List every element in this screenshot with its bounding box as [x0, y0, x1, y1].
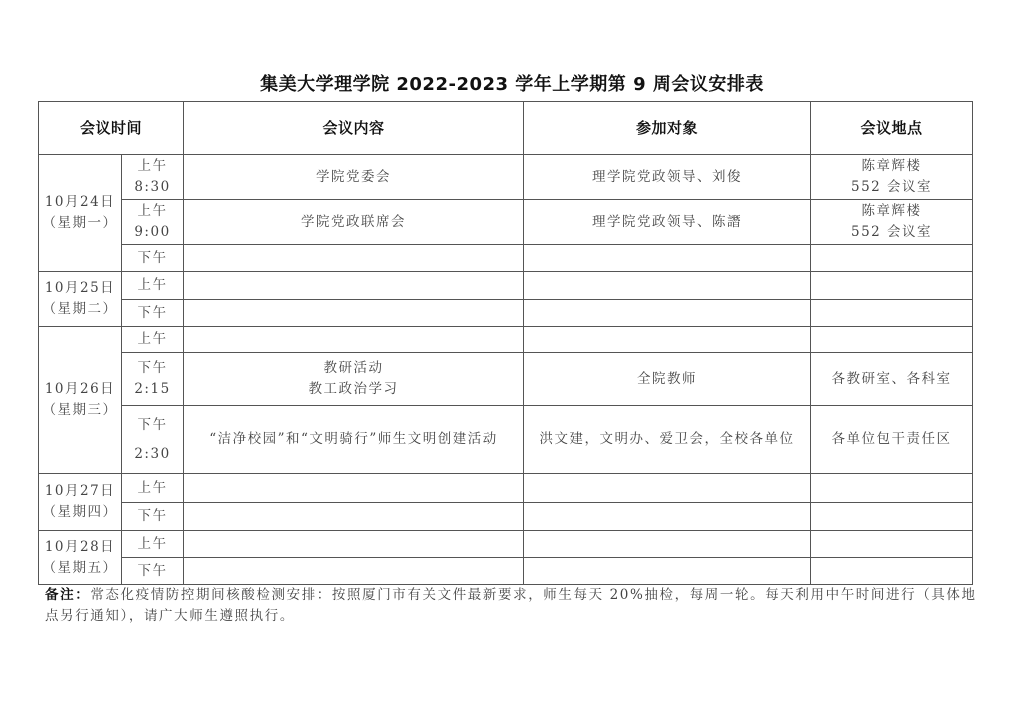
content-cell [184, 300, 524, 327]
table-row: 下午 [39, 300, 973, 327]
location-cell: 陈章辉楼552 会议室 [811, 155, 973, 200]
participants-cell [524, 558, 811, 585]
participants-cell: 全院教师 [524, 353, 811, 406]
content-cell: 教研活动教工政治学习 [184, 353, 524, 406]
time-slot: 上午8:30 [122, 155, 184, 200]
participants-cell [524, 531, 811, 558]
content-cell [184, 503, 524, 531]
participants-cell [524, 245, 811, 272]
location-cell [811, 327, 973, 353]
time-slot: 下午 [122, 558, 184, 585]
period: 上午 [122, 201, 183, 222]
weekday: （星期二） [39, 299, 121, 320]
time-slot: 下午2:15 [122, 353, 184, 406]
time: 8:30 [122, 177, 183, 198]
date-cell: 10月26日 （星期三） [39, 327, 122, 474]
content-cell [184, 272, 524, 300]
participants-cell: 理学院党政领导、陈譖 [524, 200, 811, 245]
date: 10月24日 [39, 192, 121, 213]
table-row: 上午9:00 学院党政联席会 理学院党政领导、陈譖 陈章辉楼552 会议室 [39, 200, 973, 245]
time-slot: 上午9:00 [122, 200, 184, 245]
content-line1: 教研活动 [184, 358, 523, 379]
time-slot: 下午2:30 [122, 406, 184, 474]
table-row: 10月27日 （星期四） 上午 [39, 474, 973, 503]
date: 10月25日 [39, 278, 121, 299]
header-participants: 参加对象 [524, 102, 811, 155]
location-cell: 各单位包干责任区 [811, 406, 973, 474]
location-cell [811, 272, 973, 300]
content-cell: 学院党委会 [184, 155, 524, 200]
period: 上午 [122, 156, 183, 177]
content-cell: “洁净校园”和“文明骑行”师生文明创建活动 [184, 406, 524, 474]
location-line1: 陈章辉楼 [811, 201, 972, 222]
table-row: 下午2:15 教研活动教工政治学习 全院教师 各教研室、各科室 [39, 353, 973, 406]
date-cell: 10月25日 （星期二） [39, 272, 122, 327]
table-row: 下午 [39, 245, 973, 272]
time-slot: 上午 [122, 327, 184, 353]
period: 下午 [122, 415, 183, 436]
participants-cell [524, 474, 811, 503]
table-row: 下午2:30 “洁净校园”和“文明骑行”师生文明创建活动 洪文建，文明办、爱卫会… [39, 406, 973, 474]
schedule-table: 会议时间 会议内容 参加对象 会议地点 10月24日 （星期一） 上午8:30 … [38, 101, 973, 585]
participants-cell [524, 272, 811, 300]
content-cell [184, 531, 524, 558]
content-cell [184, 558, 524, 585]
date-cell: 10月28日 （星期五） [39, 531, 122, 585]
participants-cell [524, 503, 811, 531]
location-cell [811, 474, 973, 503]
content-cell [184, 474, 524, 503]
time: 2:15 [122, 379, 183, 400]
location-cell [811, 300, 973, 327]
weekday: （星期四） [39, 502, 121, 523]
time-slot: 下午 [122, 245, 184, 272]
weekday: （星期三） [39, 400, 121, 421]
content-cell [184, 245, 524, 272]
weekday: （星期一） [39, 213, 121, 234]
participants-cell [524, 327, 811, 353]
location-line1: 陈章辉楼 [811, 156, 972, 177]
time-slot: 上午 [122, 531, 184, 558]
content-cell: 学院党政联席会 [184, 200, 524, 245]
period: 下午 [122, 358, 183, 379]
page-title: 集美大学理学院 2022-2023 学年上学期第 9 周会议安排表 [0, 70, 1024, 96]
header-time: 会议时间 [39, 102, 184, 155]
table-row: 10月28日 （星期五） 上午 [39, 531, 973, 558]
date: 10月26日 [39, 379, 121, 400]
header-row: 会议时间 会议内容 参加对象 会议地点 [39, 102, 973, 155]
location-line2: 552 会议室 [811, 177, 972, 198]
location-line2: 552 会议室 [811, 222, 972, 243]
content-line2: 教工政治学习 [184, 379, 523, 400]
time: 9:00 [122, 222, 183, 243]
time-slot: 上午 [122, 272, 184, 300]
table-row: 下午 [39, 503, 973, 531]
table-row: 10月26日 （星期三） 上午 [39, 327, 973, 353]
time: 2:30 [122, 444, 183, 465]
note-text: 常态化疫情防控期间核酸检测安排：按照厦门市有关文件最新要求，师生每天 20%抽检… [45, 587, 977, 624]
table-row: 10月24日 （星期一） 上午8:30 学院党委会 理学院党政领导、刘俊 陈章辉… [39, 155, 973, 200]
date: 10月28日 [39, 537, 121, 558]
time-slot: 下午 [122, 503, 184, 531]
time-slot: 上午 [122, 474, 184, 503]
note-label: 备注： [45, 587, 90, 603]
location-cell [811, 558, 973, 585]
content-cell [184, 327, 524, 353]
header-location: 会议地点 [811, 102, 973, 155]
participants-cell [524, 300, 811, 327]
time-slot: 下午 [122, 300, 184, 327]
participants-cell: 理学院党政领导、刘俊 [524, 155, 811, 200]
footnote: 备注：常态化疫情防控期间核酸检测安排：按照厦门市有关文件最新要求，师生每天 20… [45, 585, 980, 627]
date-cell: 10月27日 （星期四） [39, 474, 122, 531]
location-cell [811, 531, 973, 558]
date: 10月27日 [39, 481, 121, 502]
header-content: 会议内容 [184, 102, 524, 155]
location-cell: 陈章辉楼552 会议室 [811, 200, 973, 245]
weekday: （星期五） [39, 558, 121, 579]
table-row: 10月25日 （星期二） 上午 [39, 272, 973, 300]
participants-cell: 洪文建，文明办、爱卫会，全校各单位 [524, 406, 811, 474]
table-row: 下午 [39, 558, 973, 585]
location-cell [811, 245, 973, 272]
date-cell: 10月24日 （星期一） [39, 155, 122, 272]
location-cell [811, 503, 973, 531]
location-cell: 各教研室、各科室 [811, 353, 973, 406]
